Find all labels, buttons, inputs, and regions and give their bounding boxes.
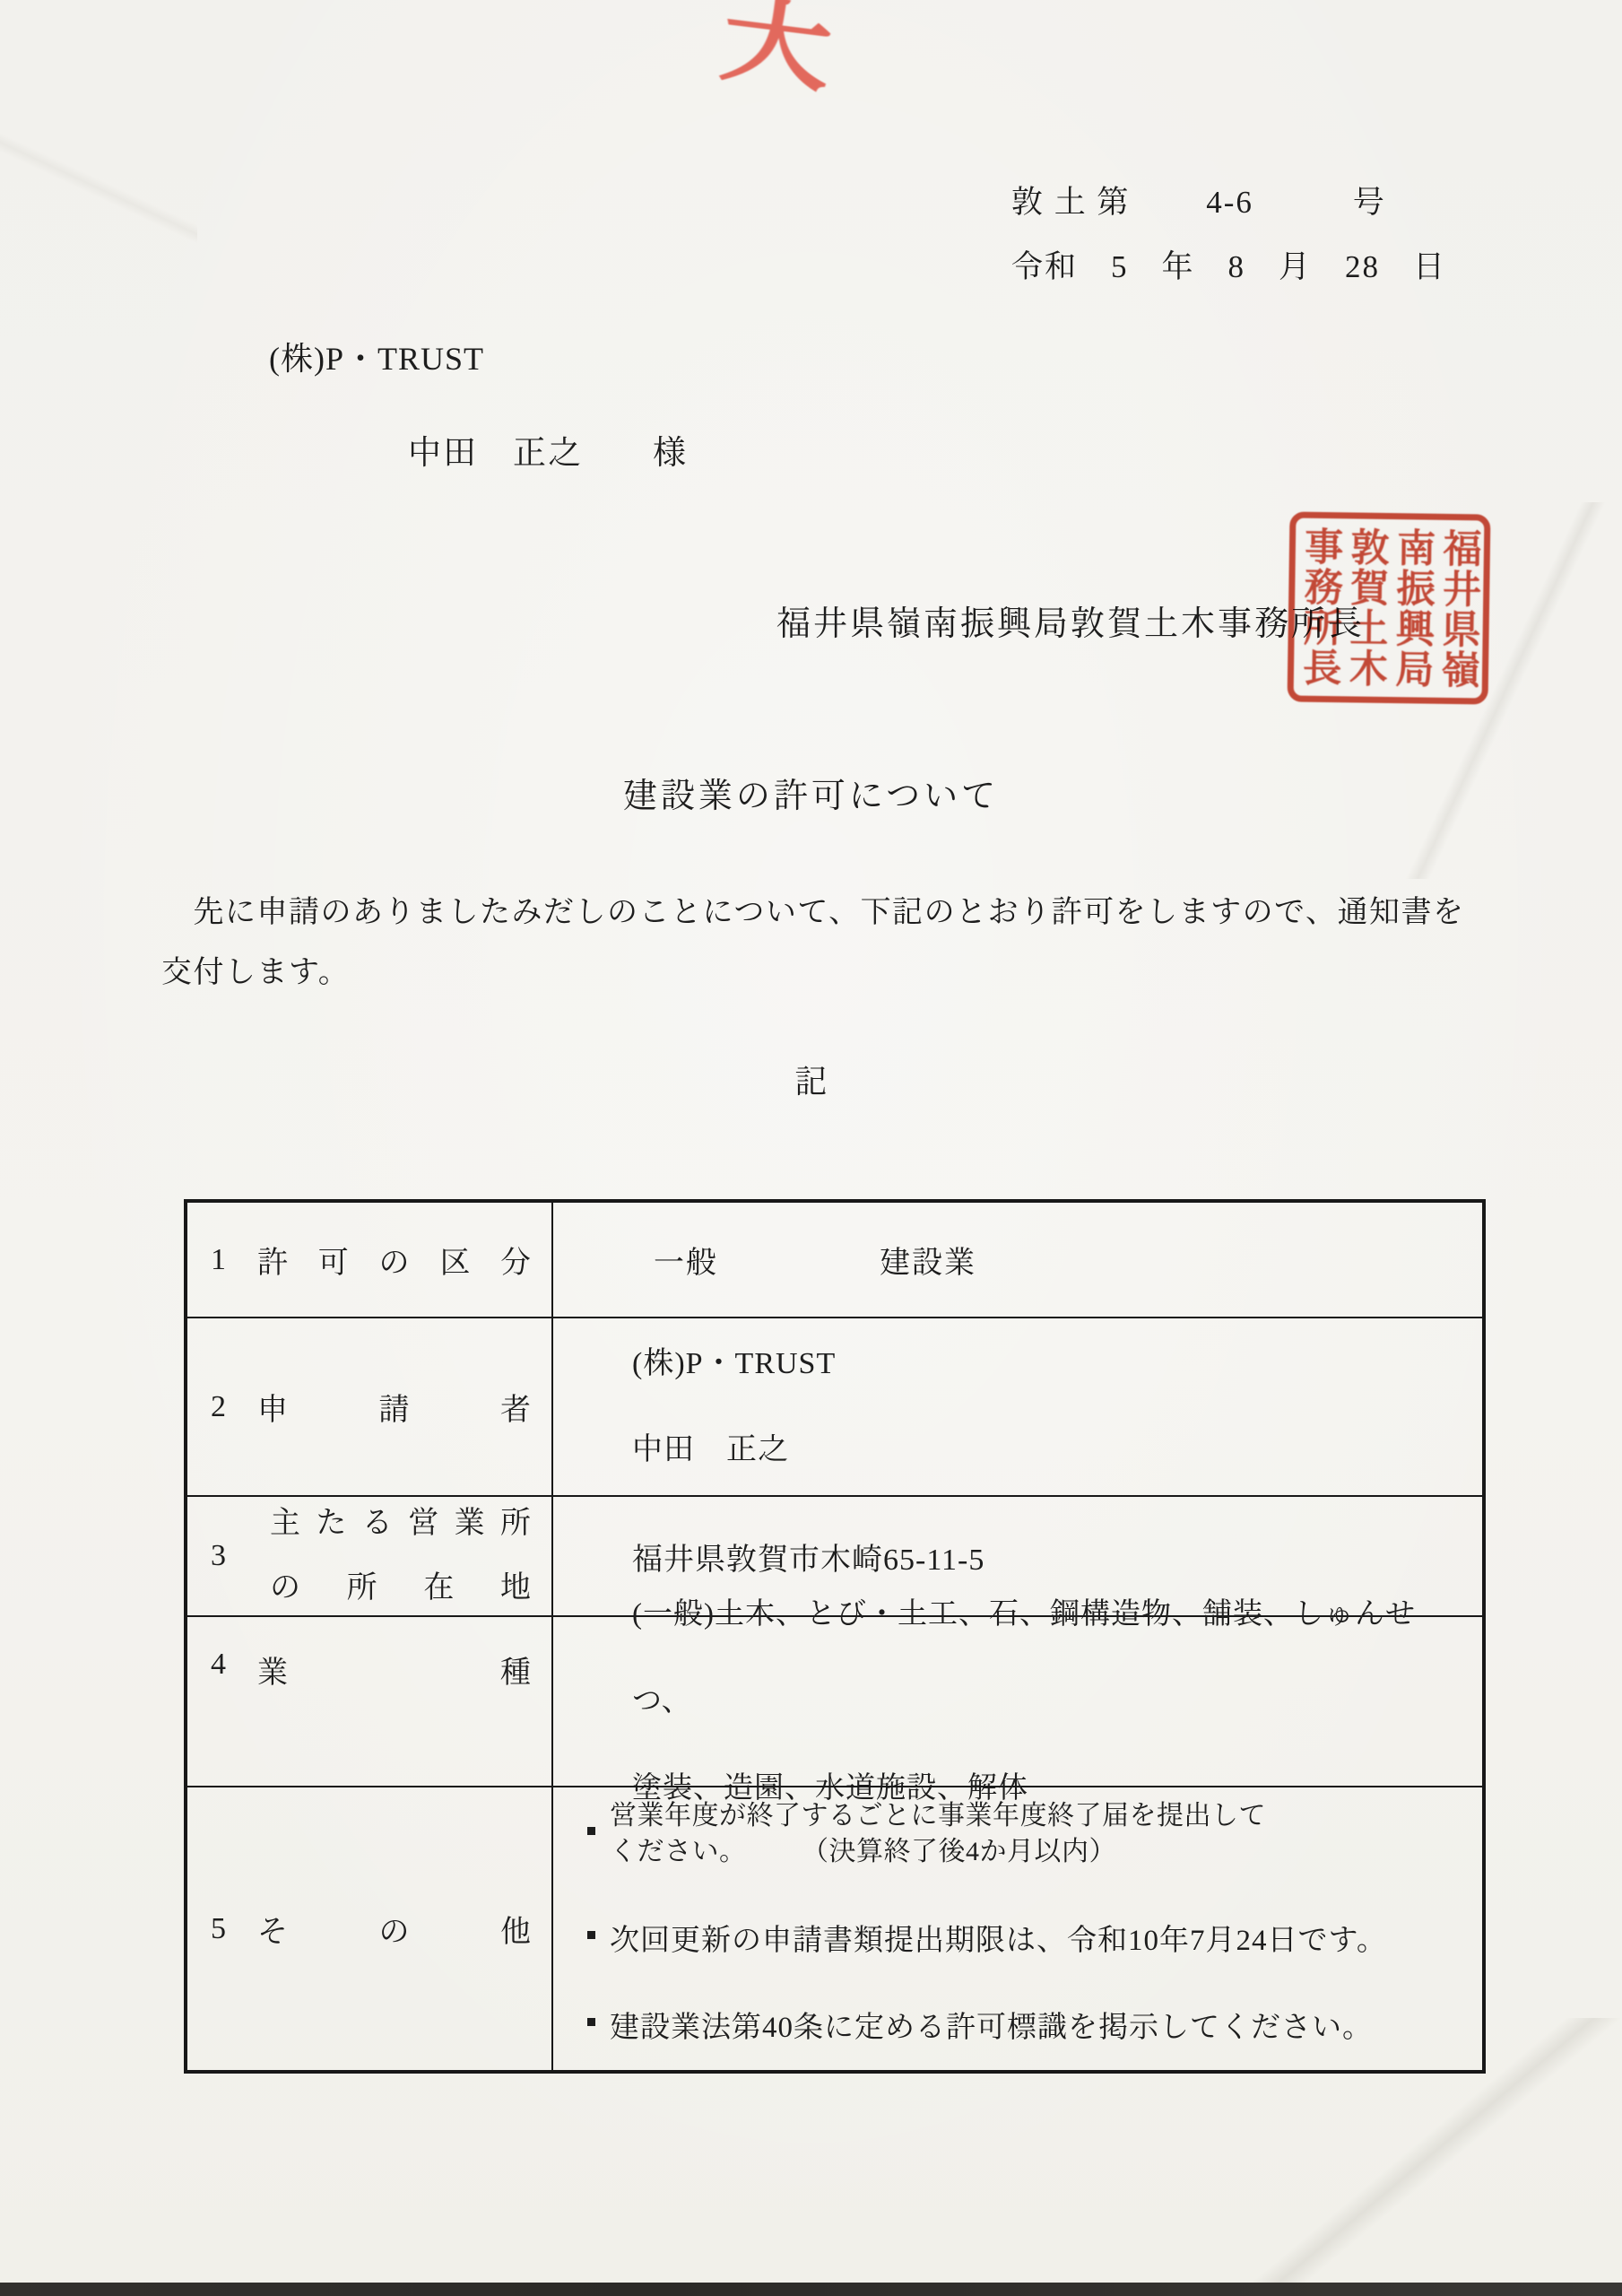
row-label: 業 種 bbox=[257, 1648, 532, 1692]
row-label-cell: 2 申 請 者 bbox=[187, 1318, 553, 1495]
table-row-applicant: 2 申 請 者 (株)P・TRUST 中田 正之 bbox=[187, 1317, 1482, 1495]
permit-table: 1 許 可 の 区 分 一般 建設業 2 申 請 者 (株)P・TRUST 中田… bbox=[184, 1199, 1486, 2074]
seal-column: 事務所長 bbox=[1299, 526, 1340, 689]
row-label: そ の 他 bbox=[257, 1907, 532, 1951]
bullet-dot-icon bbox=[587, 2018, 595, 2026]
note-item: 営業年度が終了するごとに事業年度終了届を提出して ください。 （決算終了後4か月… bbox=[587, 1798, 1461, 1870]
note-item: 建設業法第40条に定める許可標識を掲示してください。 bbox=[587, 2004, 1461, 2046]
recipient-company: (株)P・TRUST bbox=[269, 334, 484, 379]
seal-column: 南振興局 bbox=[1392, 527, 1433, 690]
row-number: 2 bbox=[211, 1390, 257, 1424]
doc-date: 令和 5 年 8 月 28 日 bbox=[1011, 249, 1446, 284]
doc-number: 敦 土 第 4-6 号 bbox=[1011, 185, 1386, 220]
note-heading: 記 bbox=[0, 1057, 1622, 1102]
row-number: 3 bbox=[211, 1539, 257, 1573]
official-seal-icon: 福井県嶺 南振興局 敦賀土木 事務所長 bbox=[1288, 511, 1491, 704]
row-number: 5 bbox=[211, 1912, 257, 1946]
note-text: 営業年度が終了するごとに事業年度終了届を提出して ください。 （決算終了後4か月… bbox=[610, 1798, 1266, 1870]
row-label-cell: 3 主たる営業所 の 所 在 地 bbox=[187, 1497, 553, 1615]
bullet-dot-icon bbox=[587, 1931, 595, 1939]
row-value: (一般)土木、とび・土工、石、鋼構造物、舗装、しゅんせつ、 塗装、造園、水道施設… bbox=[553, 1617, 1482, 1786]
row-number: 4 bbox=[211, 1648, 257, 1682]
red-handstamp-mark: 大 bbox=[715, 0, 840, 110]
note-text: 建設業法第40条に定める許可標識を掲示してください。 bbox=[610, 2004, 1373, 2046]
issuer-name: 福井県嶺南振興局敦賀土木事務所長 bbox=[776, 596, 1365, 645]
scan-bottom-edge bbox=[0, 2283, 1622, 2296]
bullet-dot-icon bbox=[587, 1827, 595, 1835]
body-paragraph: 先に申請のありましたみだしのことについて、下記のとおり許可をしますので、通知書を… bbox=[161, 883, 1488, 1003]
doc-number-and-date: 敦 土 第 4-6 号 令和 5 年 8 月 28 日 bbox=[1011, 170, 1446, 300]
table-row-business-types: 4 業 種 (一般)土木、とび・土工、石、鋼構造物、舗装、しゅんせつ、 塗装、造… bbox=[187, 1615, 1482, 1786]
row-label-cell: 4 業 種 bbox=[187, 1617, 553, 1786]
row-value: 一般 建設業 bbox=[553, 1203, 1482, 1317]
scanned-permit-letter: 大 敦 土 第 4-6 号 令和 5 年 8 月 28 日 (株)P・TRUST… bbox=[0, 0, 1622, 2296]
table-row-other-notes: 5 そ の 他 営業年度が終了するごとに事業年度終了届を提出して ください。 （… bbox=[187, 1786, 1482, 2070]
note-text: 次回更新の申請書類提出期限は、令和10年7月24日です。 bbox=[610, 1917, 1387, 1959]
note-item: 次回更新の申請書類提出期限は、令和10年7月24日です。 bbox=[587, 1917, 1461, 1959]
row-label: 許 可 の 区 分 bbox=[257, 1238, 532, 1282]
document-title: 建設業の許可について bbox=[0, 768, 1622, 817]
recipient-name: 中田 正之 様 bbox=[408, 425, 688, 474]
seal-column: 敦賀土木 bbox=[1345, 526, 1386, 689]
row-label-cell: 5 そ の 他 bbox=[187, 1787, 553, 2070]
row-label-cell: 1 許 可 の 区 分 bbox=[187, 1203, 553, 1317]
row-label: 主たる営業所 の 所 在 地 bbox=[270, 1492, 532, 1621]
row-number: 1 bbox=[211, 1243, 257, 1277]
table-row-permit-category: 1 許 可 の 区 分 一般 建設業 bbox=[187, 1203, 1482, 1317]
row-value: (株)P・TRUST 中田 正之 bbox=[553, 1318, 1482, 1495]
row-label: 申 請 者 bbox=[257, 1385, 532, 1429]
paper-crease bbox=[0, 72, 197, 305]
seal-column: 福井県嶺 bbox=[1437, 528, 1479, 691]
other-notes-list: 営業年度が終了するごとに事業年度終了届を提出して ください。 （決算終了後4か月… bbox=[553, 1787, 1482, 2070]
